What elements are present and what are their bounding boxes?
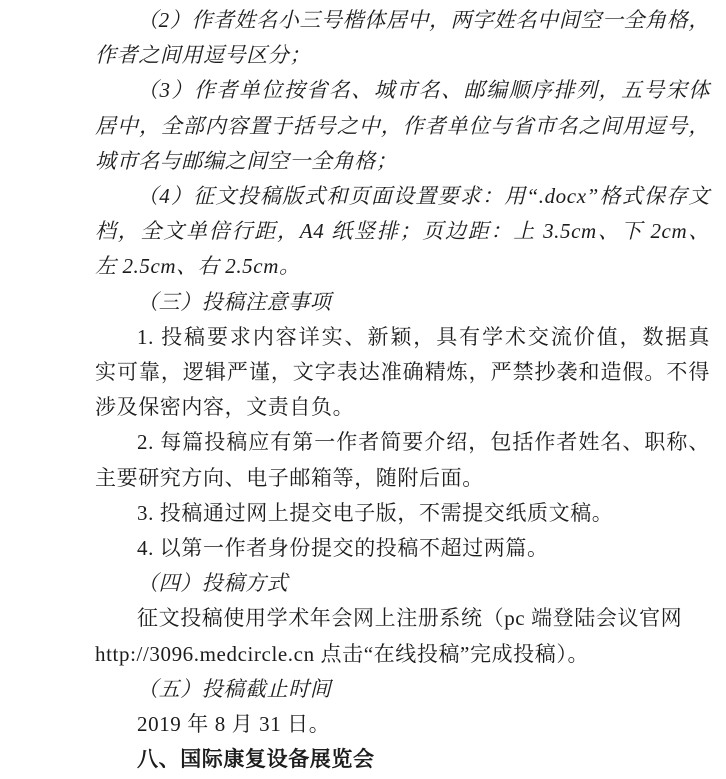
- document-page: （2）作者姓名小三号楷体居中，两字姓名中间空一全角格， 作者之间用逗号区分； （…: [0, 0, 726, 779]
- doc-line: 实可靠，逻辑严谨，文字表达准确精炼，严禁抄袭和造假。不得: [95, 355, 710, 390]
- doc-line: 左 2.5cm、右 2.5cm。: [95, 249, 710, 284]
- doc-line: 涉及保密内容，文责自负。: [95, 390, 710, 425]
- doc-line: 征文投稿使用学术年会网上注册系统（pc 端登陆会议官网: [95, 601, 710, 636]
- section-heading-exhibition: 八、国际康复设备展览会: [95, 742, 710, 777]
- doc-line: 居中，全部内容置于括号之中，作者单位与省市名之间用逗号，: [95, 109, 710, 144]
- doc-line: 城市名与邮编之间空一全角格；: [95, 144, 710, 179]
- doc-line: 2. 每篇投稿应有第一作者简要介绍，包括作者姓名、职称、: [95, 425, 710, 460]
- doc-line-deadline-date: 2019 年 8 月 31 日。: [95, 707, 710, 742]
- section-heading-deadline: （五）投稿截止时间: [95, 672, 710, 707]
- doc-line: （2）作者姓名小三号楷体居中，两字姓名中间空一全角格，: [95, 3, 710, 38]
- doc-line: （4）征文投稿版式和页面设置要求：用“.docx”格式保存文: [95, 179, 710, 214]
- doc-line: 作者之间用逗号区分；: [95, 38, 710, 73]
- doc-line: 主要研究方向、电子邮箱等，随附后面。: [95, 461, 710, 496]
- doc-line: 档，全文单倍行距，A4 纸竖排；页边距：上 3.5cm、下 2cm、: [95, 214, 710, 249]
- doc-line: （3）作者单位按省名、城市名、邮编顺序排列，五号宋体: [95, 73, 710, 108]
- section-heading-submission-notes: （三）投稿注意事项: [95, 285, 710, 320]
- doc-line: 4. 以第一作者身份提交的投稿不超过两篇。: [95, 531, 710, 566]
- section-heading-submission-method: （四）投稿方式: [95, 566, 710, 601]
- doc-line: 1. 投稿要求内容详实、新颖，具有学术交流价值，数据真: [95, 320, 710, 355]
- doc-line-url: http://3096.medcircle.cn 点击“在线投稿”完成投稿）。: [95, 637, 710, 672]
- doc-line: 3. 投稿通过网上提交电子版，不需提交纸质文稿。: [95, 496, 710, 531]
